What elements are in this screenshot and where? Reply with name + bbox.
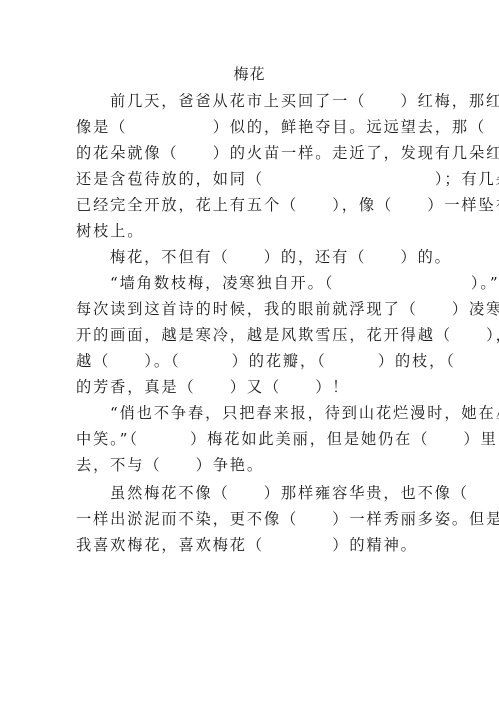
paragraph-line: 去，不与（ ）争艳。 <box>76 455 426 475</box>
paragraph-line: “俏也不争春，只把春来报，待到山花烂漫时，她在丛 <box>110 403 426 423</box>
paragraph-line: 一样出淤泥而不染，更不像（ ）一样秀丽多姿。但是， <box>76 509 426 529</box>
paragraph-line: 梅花，不但有（ ）的，还有（ ）的。 <box>110 247 426 267</box>
paragraph-line: 像是（ ）似的，鲜艳夺目。远远望去，那（ ） <box>76 117 426 137</box>
paragraph-line: 前几天，爸爸从花市上买回了一（ ）红梅，那红梅 <box>110 91 426 111</box>
paragraph-line: 每次读到这首诗的时候，我的眼前就浮现了（ ）凌寒盛 <box>76 299 426 319</box>
paragraph-line: 的花朵就像（ ）的火苗一样。走近了，发现有几朵红梅 <box>76 143 426 163</box>
paragraph-line: 越（ ）。（ ）的花瓣，（ ）的枝，（ ） <box>76 351 426 371</box>
paragraph-line: 的芳香，真是（ ）又（ ）！ <box>76 377 426 397</box>
paragraph-line: 还是含苞待放的，如同（ ）；有几朵 <box>76 169 426 189</box>
paragraph-line: 已经完全开放，花上有五个（ ），像（ ）一样坠在 <box>76 195 426 215</box>
paragraph-line: 开的画面，越是寒冷，越是风欺雪压，花开得越（ ）， <box>76 325 426 345</box>
paragraph-line: 中笑。”（ ）梅花如此美丽，但是她仍在（ ）里隐 <box>76 429 426 449</box>
paragraph-line: “墙角数枝梅，凌寒独自开。（ ）。” <box>110 273 426 293</box>
document-page: 梅花 前几天，爸爸从花市上买回了一（ ）红梅，那红梅 像是（ ）似的，鲜艳夺目。… <box>0 0 499 706</box>
document-title: 梅花 <box>0 64 499 84</box>
paragraph-line: 虽然梅花不像（ ）那样雍容华贵，也不像（ ） <box>110 483 426 503</box>
paragraph-line: 树枝上。 <box>76 221 426 241</box>
paragraph-line: 我喜欢梅花，喜欢梅花（ ）的精神。 <box>76 535 426 555</box>
